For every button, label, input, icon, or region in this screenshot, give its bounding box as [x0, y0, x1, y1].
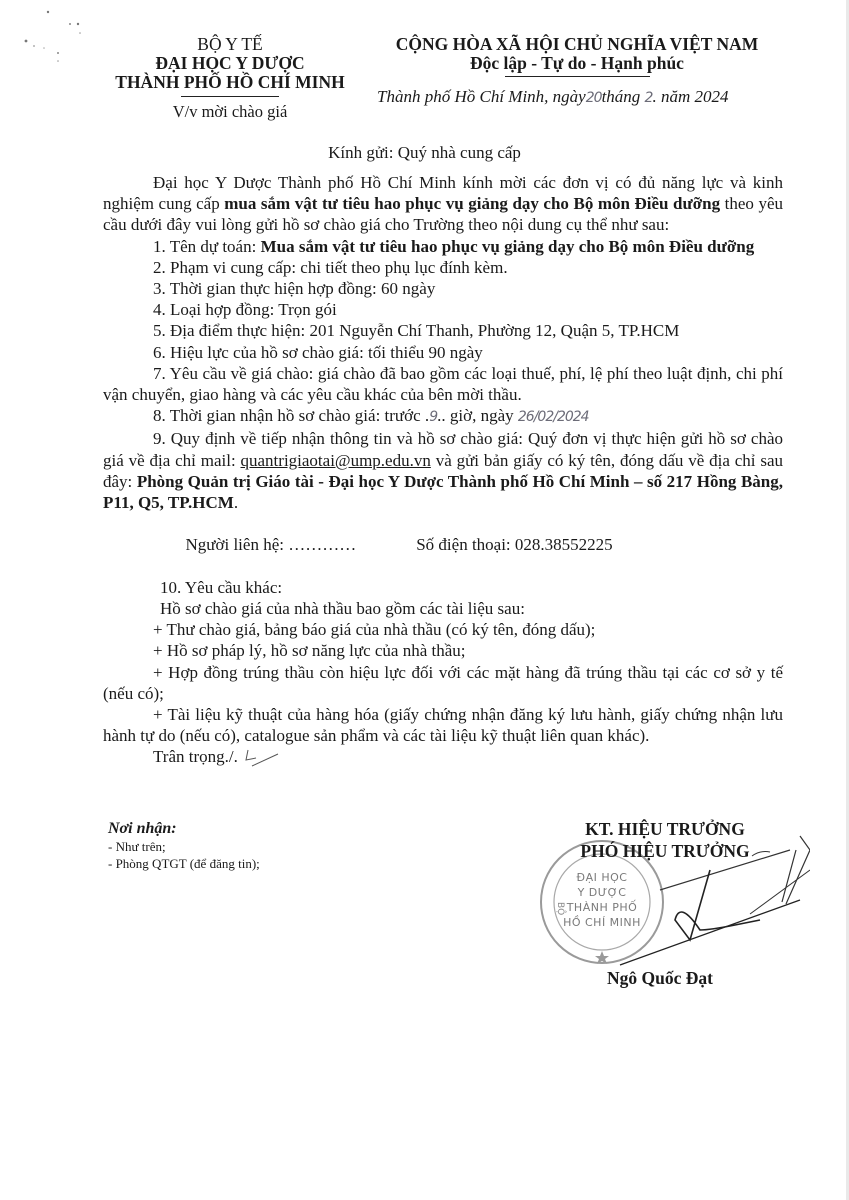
email-link[interactable]: quantrigiaotai@ump.edu.vn	[241, 451, 431, 470]
item-5: 5. Địa điểm thực hiện: 201 Nguyễn Chí Th…	[103, 320, 783, 341]
contact-person: Người liên hệ: …………	[186, 535, 357, 554]
recipient-item: - Như trên;	[108, 838, 368, 855]
handwritten-deadline-date: 26/02/2024	[518, 409, 589, 425]
doc-requirement: + Hồ sơ pháp lý, hồ sơ năng lực của nhà …	[103, 640, 783, 661]
intro-paragraph: Đại học Y Dược Thành phố Hồ Chí Minh kín…	[103, 172, 783, 236]
contact-phone: Số điện thoại: 028.38552225	[416, 535, 612, 554]
date-year: . năm 2024	[652, 87, 728, 106]
nation-title: CỘNG HÒA XÃ HỘI CHỦ NGHĨA VIỆT NAM	[372, 35, 782, 54]
letter-body: Đại học Y Dược Thành phố Hồ Chí Minh kín…	[103, 172, 783, 768]
closing-text: Trân trọng./.	[153, 747, 238, 766]
intro-bold-text: mua sắm vật tư tiêu hao phục vụ giảng dạ…	[224, 194, 720, 213]
handwritten-hour: 9	[429, 409, 437, 425]
national-motto: Độc lập - Tự do - Hạnh phúc	[372, 54, 782, 73]
item-10-intro: Hồ sơ chào giá của nhà thầu bao gồm các …	[103, 598, 783, 619]
signatory-name: Ngô Quốc Đạt	[560, 968, 760, 989]
item-7: 7. Yêu cầu về giá chào: giá chào đã bao …	[103, 363, 783, 405]
delivery-address: Phòng Quản trị Giáo tài - Đại học Y Dược…	[103, 472, 783, 512]
doc-requirement: + Tài liệu kỹ thuật của hàng hóa (giấy c…	[103, 704, 783, 746]
item-8: 8. Thời gian nhận hồ sơ chào giá: trước …	[103, 405, 783, 428]
scan-specks	[18, 8, 98, 68]
item-6: 6. Hiệu lực của hồ sơ chào giá: tối thiể…	[103, 342, 783, 363]
month-label: tháng	[602, 87, 641, 106]
item-3: 3. Thời gian thực hiện hợp đồng: 60 ngày	[103, 278, 783, 299]
item-10: 10. Yêu cầu khác:	[103, 577, 783, 598]
item-4: 4. Loại hợp đồng: Trọn gói	[103, 299, 783, 320]
item-1-label: 1. Tên dự toán:	[153, 237, 261, 256]
recipients-title: Nơi nhận:	[108, 820, 368, 838]
item-1: 1. Tên dự toán: Mua sắm vật tư tiêu hao …	[103, 236, 783, 257]
item-1-value: Mua sắm vật tư tiêu hao phục vụ giảng dạ…	[261, 237, 755, 256]
item-8-prefix: 8. Thời gian nhận hồ sơ chào giá: trước …	[153, 406, 429, 425]
document-page: BỘ Y TẾ ĐẠI HỌC Y DƯỢC THÀNH PHỐ HỒ CHÍ …	[0, 0, 849, 1200]
doc-requirement: + Thư chào giá, bảng báo giá của nhà thầ…	[103, 619, 783, 640]
item-2: 2. Phạm vi cung cấp: chi tiết theo phụ l…	[103, 257, 783, 278]
contact-line: Người liên hệ: …………Số điện thoại: 028.38…	[103, 513, 783, 577]
date-line: Thành phố Hồ Chí Minh, ngày20tháng 2. nă…	[377, 87, 797, 107]
motto-rule	[505, 76, 650, 77]
ministry-name: BỘ Y TẾ	[100, 35, 360, 54]
date-prefix: Thành phố Hồ Chí Minh, ngày	[377, 87, 586, 106]
document-subject: V/v mời chào giá	[100, 102, 360, 121]
item-9: 9. Quy định về tiếp nhận thông tin và hồ…	[103, 428, 783, 513]
handwritten-signature-icon	[560, 830, 810, 980]
handwritten-day: 20	[586, 90, 602, 106]
recipients-block: Nơi nhận: - Như trên; - Phòng QTGT (để đ…	[108, 820, 368, 872]
university-name-line2: THÀNH PHỐ HỒ CHÍ MINH	[100, 73, 360, 92]
recipient-item: - Phòng QTGT (để đăng tin);	[108, 855, 368, 872]
issuer-header: BỘ Y TẾ ĐẠI HỌC Y DƯỢC THÀNH PHỐ HỒ CHÍ …	[100, 35, 360, 121]
national-header: CỘNG HÒA XÃ HỘI CHỦ NGHĨA VIỆT NAM Độc l…	[372, 35, 782, 77]
closing-line: Trân trọng./.	[103, 746, 783, 768]
doc-requirement: + Hợp đồng trúng thầu còn hiệu lực đối v…	[103, 662, 783, 704]
initial-mark-icon	[242, 746, 282, 768]
greeting: Kính gửi: Quý nhà cung cấp	[0, 143, 849, 163]
university-name-line1: ĐẠI HỌC Y DƯỢC	[100, 54, 360, 73]
item-8-mid: .. giờ, ngày	[437, 406, 518, 425]
header-rule	[181, 96, 279, 97]
item-9-end: .	[234, 493, 238, 512]
